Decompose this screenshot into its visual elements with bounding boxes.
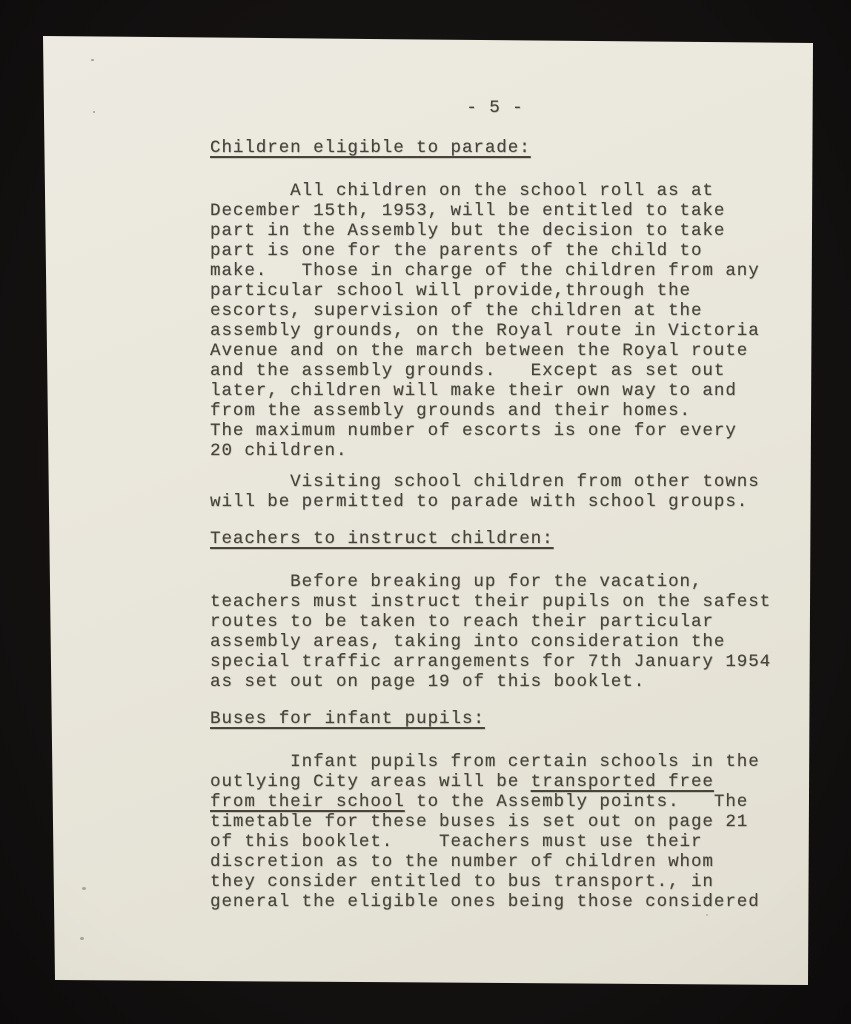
paper-sheet: - 5 - Children eligible to parade: All c… bbox=[43, 36, 813, 985]
paragraph-line: teachers must instruct their pupils on t… bbox=[210, 592, 780, 612]
paragraph-line: Visiting school children from other town… bbox=[210, 472, 780, 492]
paragraph-line: Before breaking up for the vacation, bbox=[210, 572, 780, 592]
paper-speck bbox=[93, 111, 95, 113]
paragraph: All children on the school roll as atDec… bbox=[210, 181, 780, 461]
text-column: - 5 - Children eligible to parade: All c… bbox=[210, 98, 780, 912]
paragraph-line: outlying City areas will be transported … bbox=[210, 772, 780, 792]
paragraph-line: All children on the school roll as at bbox=[210, 181, 780, 201]
paragraph-line: general the eligible ones being those co… bbox=[210, 892, 780, 912]
paragraph-line: part in the Assembly but the decision to… bbox=[210, 221, 780, 241]
paragraph-line: Infant pupils from certain schools in th… bbox=[210, 752, 780, 772]
paragraph-line: The maximum number of escorts is one for… bbox=[210, 421, 780, 441]
paragraph-line: special traffic arrangements for 7th Jan… bbox=[210, 652, 780, 672]
paragraph-line: assembly grounds, on the Royal route in … bbox=[210, 321, 780, 341]
paragraph-line: routes to be taken to reach their partic… bbox=[210, 612, 780, 632]
paper-speck bbox=[91, 59, 94, 61]
paragraph-line: part is one for the parents of the child… bbox=[210, 241, 780, 261]
section-heading: Teachers to instruct children: bbox=[210, 529, 780, 549]
paragraph-line: make. Those in charge of the children fr… bbox=[210, 261, 780, 281]
paragraph-line: will be permitted to parade with school … bbox=[210, 492, 780, 512]
paragraph-line: they consider entitled to bus transport.… bbox=[210, 872, 780, 892]
paragraph-line: 20 children. bbox=[210, 441, 780, 461]
paragraph: Visiting school children from other town… bbox=[210, 472, 780, 512]
paragraph: Infant pupils from certain schools in th… bbox=[210, 752, 780, 912]
paragraph-line: December 15th, 1953, will be entitled to… bbox=[210, 201, 780, 221]
page-number: - 5 - bbox=[210, 98, 780, 118]
paragraph-line: discretion as to the number of children … bbox=[210, 852, 780, 872]
paragraph-line: as set out on page 19 of this booklet. bbox=[210, 672, 780, 692]
paper-speck bbox=[80, 937, 84, 940]
paragraph-line: timetable for these buses is set out on … bbox=[210, 812, 780, 832]
paragraph-line: of this booklet. Teachers must use their bbox=[210, 832, 780, 852]
paragraph-line: and the assembly grounds. Except as set … bbox=[210, 361, 780, 381]
paragraph-line: assembly areas, taking into consideratio… bbox=[210, 632, 780, 652]
paragraph-line: from the assembly grounds and their home… bbox=[210, 401, 780, 421]
paper-speck bbox=[706, 914, 708, 916]
paragraph-line: particular school will provide,through t… bbox=[210, 281, 780, 301]
paragraph-line: from their school to the Assembly points… bbox=[210, 792, 780, 812]
paragraph-line: escorts, supervision of the children at … bbox=[210, 301, 780, 321]
paragraph-line: Avenue and on the march between the Roya… bbox=[210, 341, 780, 361]
paragraph: Before breaking up for the vacation,teac… bbox=[210, 572, 780, 692]
section-heading: Children eligible to parade: bbox=[210, 138, 780, 158]
paper-speck bbox=[82, 887, 86, 890]
section-heading: Buses for infant pupils: bbox=[210, 709, 780, 729]
paragraph-line: later, children will make their own way … bbox=[210, 381, 780, 401]
